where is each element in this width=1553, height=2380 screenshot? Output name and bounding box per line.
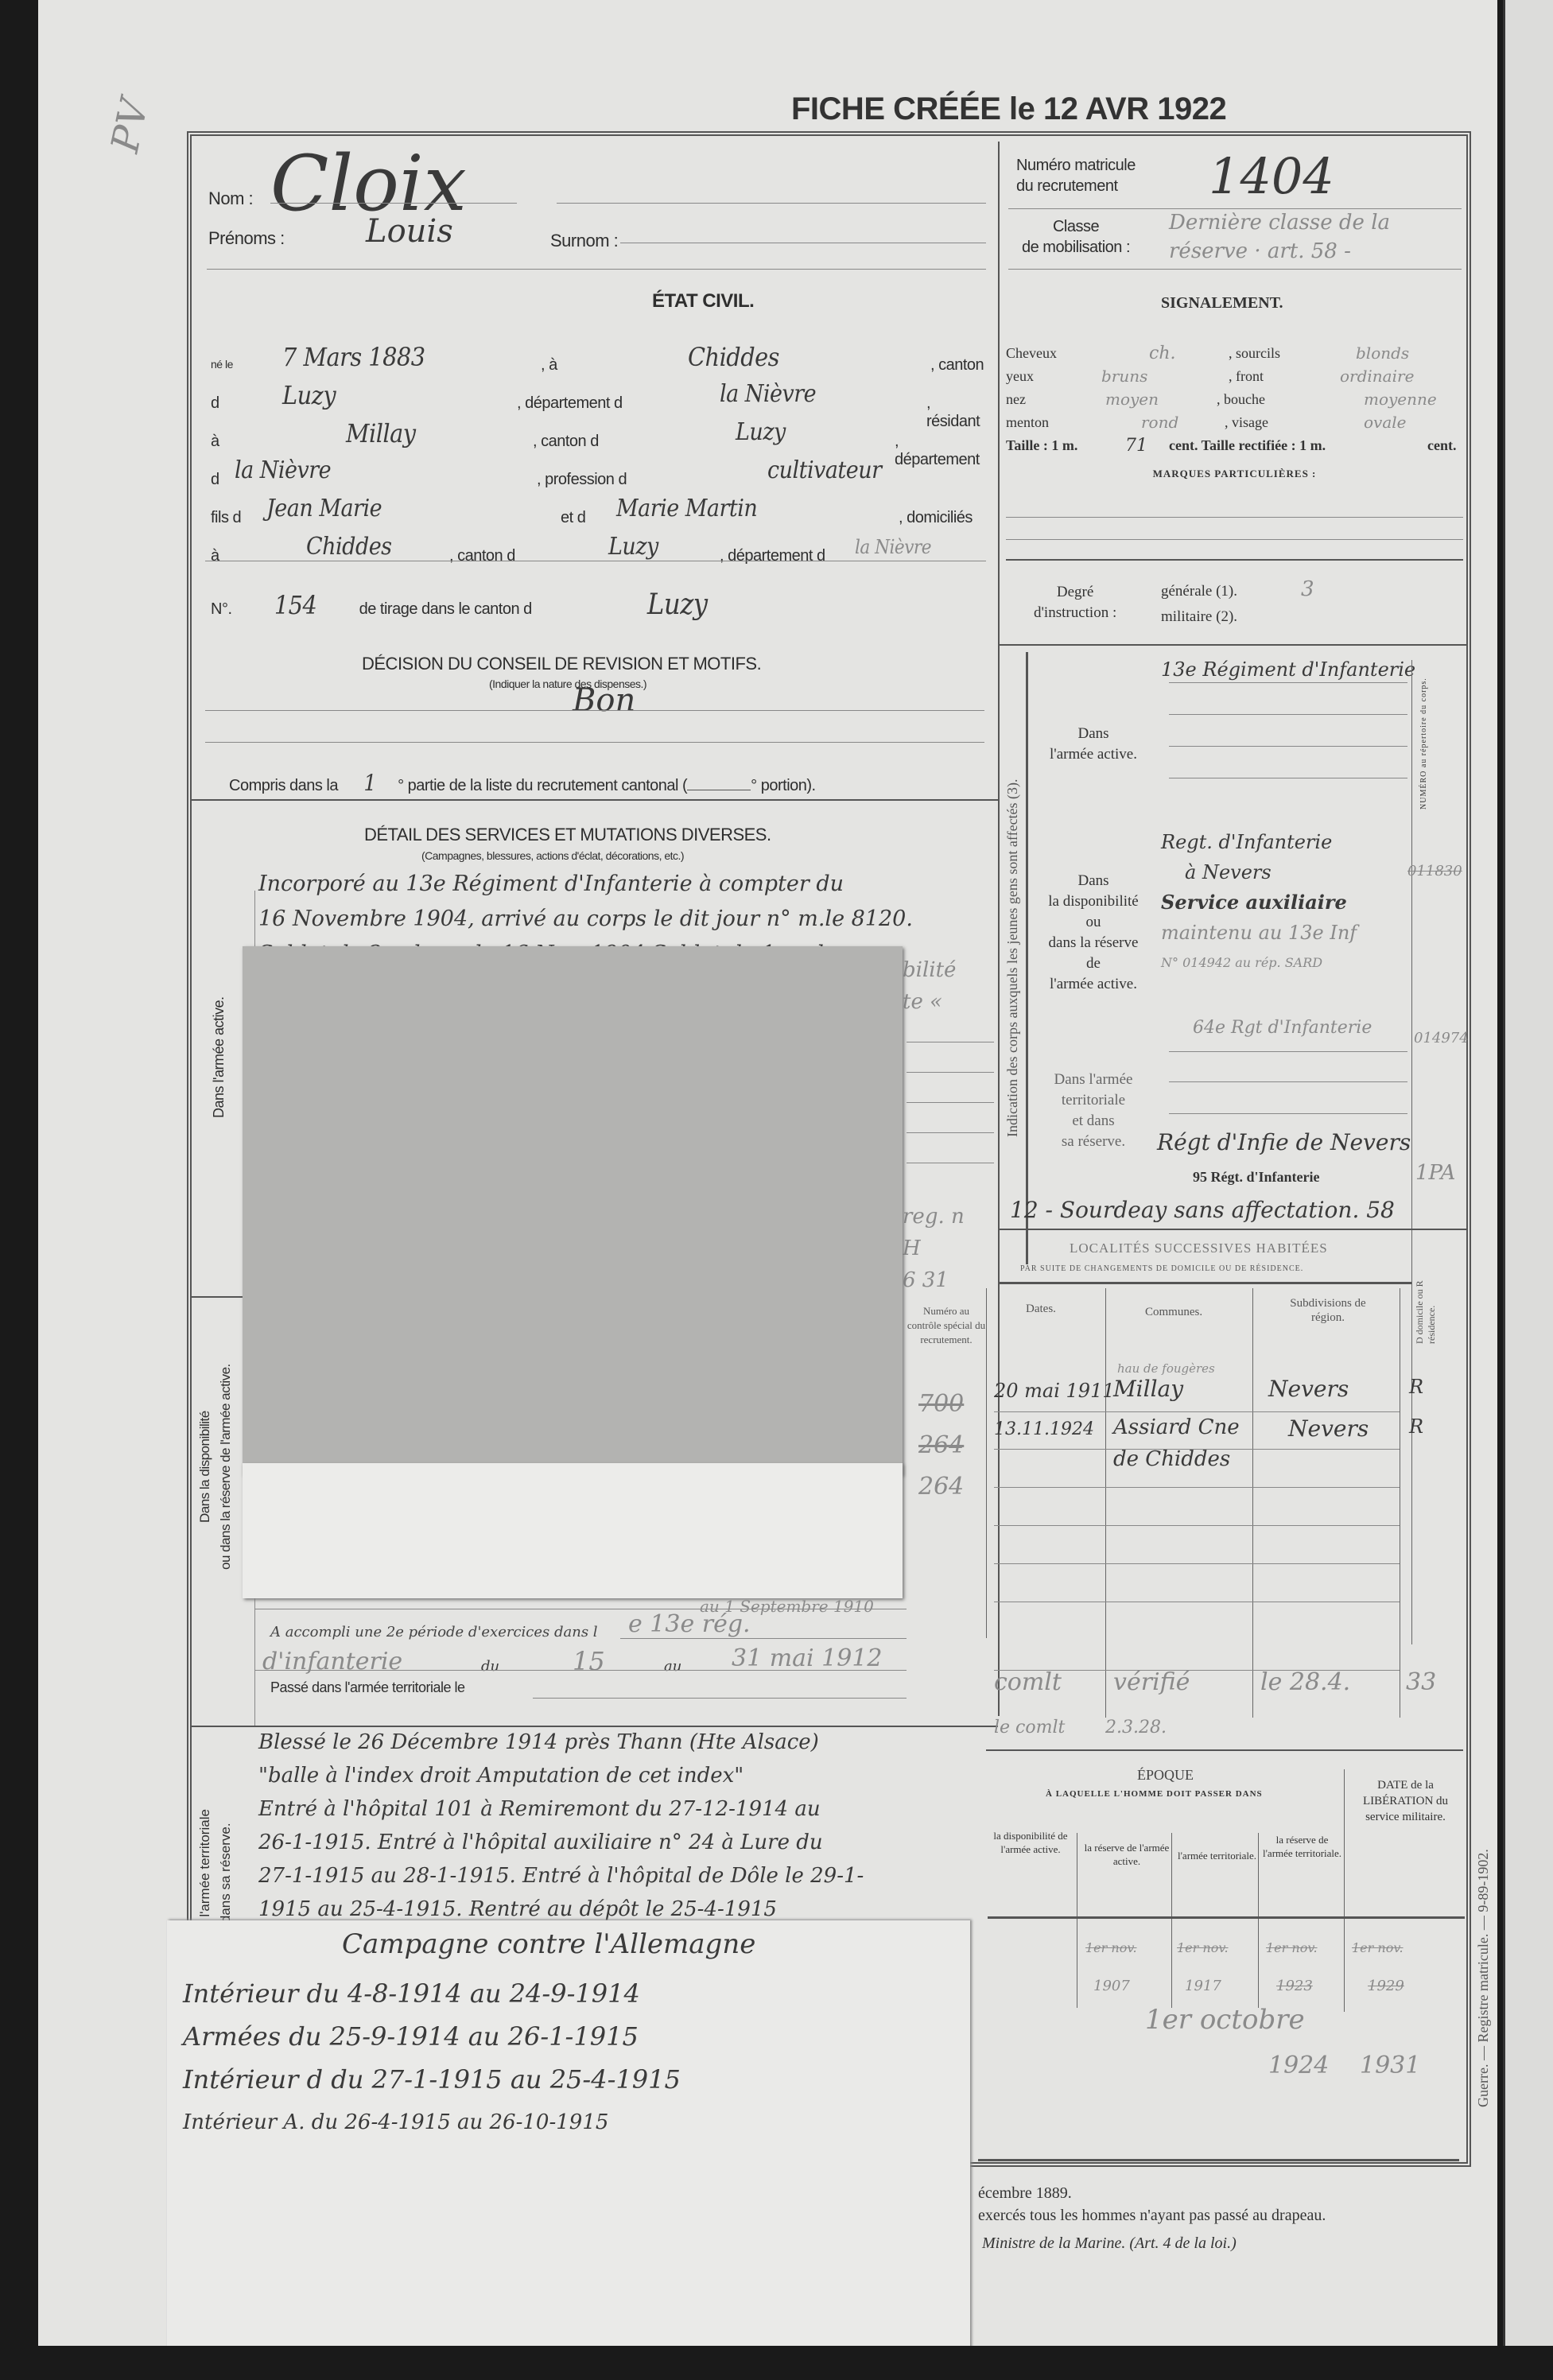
services-territoriale-lines: Blessé le 26 Décembre 1914 près Thann (H… — [258, 1726, 990, 1926]
services-title: DÉTAIL DES SERVICES ET MUTATIONS DIVERSE… — [364, 825, 771, 845]
tirage-canton: Luzy — [647, 588, 708, 621]
etat-civil-title: ÉTAT CIVIL. — [652, 290, 754, 313]
footnote-1: écembre 1889. — [978, 2184, 1072, 2203]
corps-terr-value-3: 95 Régt. d'Infanterie — [1193, 1169, 1319, 1186]
section-label-active: Dans l'armée active. — [211, 938, 227, 1177]
corps-disp-numero: 011830 — [1407, 863, 1462, 879]
row1-subdivision: Nevers — [1268, 1376, 1349, 1402]
footnote-2: exercés tous les hommes n'ayant pas pass… — [978, 2207, 1326, 2225]
row2-commune: Assiard Cne de Chiddes — [1113, 1411, 1260, 1475]
epoque-subtitle: À LAQUELLE L'HOMME DOIT PASSER DANS — [1046, 1789, 1263, 1799]
verif2-date: 2.3.28. — [1105, 1718, 1167, 1737]
numero-controle-values: 700 264 264 — [918, 1384, 964, 1508]
corps-active-label: Dansl'armée active. — [1038, 724, 1149, 765]
sans-affectation: 12 - Sourdeay sans affectation. 58 — [1010, 1197, 1395, 1223]
localites-title: LOCALITÉS SUCCESSIVES HABITÉES — [1070, 1240, 1328, 1256]
compris-line: Compris dans la 1° partie de la liste du… — [229, 770, 816, 796]
epoque-col-2: la réserve de l'armée active. — [1080, 1841, 1174, 1868]
header-dates: Dates. — [1026, 1303, 1056, 1316]
row2-subdivision: Nevers — [1288, 1415, 1369, 1442]
matricule-value: 1404 — [1209, 147, 1334, 205]
corps-disp-values: Regt. d'Infanterie à Nevers Service auxi… — [1161, 827, 1357, 978]
conseil-decision: Bon — [573, 682, 635, 719]
row1-commune: Millay — [1113, 1376, 1183, 1402]
row2-date: 13.11.1924 — [994, 1419, 1094, 1439]
surnom-label: Surnom : — [550, 231, 618, 251]
epoque-year-reserve-terr: 1924 — [1268, 2052, 1329, 2079]
header-dr: D domicile ou R résidence. — [1414, 1248, 1438, 1344]
numero-repertoire-label: NUMÉRO au répertoire du corps. — [1419, 664, 1428, 823]
exercice-regiment: e 13e rég. — [628, 1610, 751, 1638]
header-communes: Communes. — [1145, 1306, 1202, 1319]
footnote-3: Ministre de la Marine. (Art. 4 de la loi… — [982, 2234, 1237, 2253]
services-subtitle: (Campagnes, blessures, actions d'éclat, … — [421, 849, 684, 862]
pasted-sheet-grey — [243, 946, 903, 1475]
exercice-label: A accompli une 2e période d'exercices da… — [270, 1624, 598, 1640]
territoriale-label: Passé dans l'armée territoriale le — [270, 1679, 465, 1696]
corps-terr-fragment: 1PA — [1415, 1161, 1455, 1185]
classe-label: Classede mobilisation : — [1022, 216, 1130, 258]
etat-civil-block: né le 7 Mars 1883 , à Chiddes , canton d… — [211, 342, 986, 571]
exercice-regiment2: d'infanterie — [262, 1648, 402, 1675]
signalement-block: Cheveuxch., sourcilsblonds yeuxbruns, fr… — [1006, 342, 1463, 485]
corps-terr-numero: 014974 — [1414, 1030, 1469, 1046]
prenoms-label: Prénoms : — [208, 228, 285, 249]
verif-comlt: comlt — [994, 1668, 1062, 1696]
column-divider — [998, 142, 1000, 1716]
corps-terr-value-2: Régt d'Infie de Nevers — [1157, 1129, 1411, 1155]
corps-terr-label: Dans l'arméeterritorialeet danssa réserv… — [1034, 1070, 1153, 1152]
verif-number: 33 — [1406, 1668, 1436, 1696]
exercice-du: 15 — [573, 1646, 605, 1676]
epoque-title: ÉPOQUE — [1137, 1767, 1194, 1784]
corps-disp-label: Dansla disponibilitéoudans la réservedel… — [1034, 871, 1153, 995]
corps-active-value: 13e Régiment d'Infanterie — [1161, 658, 1415, 681]
prenoms-value: Louis — [366, 213, 453, 250]
instruction-generale: 3 — [1301, 577, 1314, 601]
liberation-header: DATE de la LIBÉRATION du service militai… — [1352, 1777, 1459, 1825]
signalement-title: SIGNALEMENT. — [1161, 294, 1283, 313]
numero-controle-label: Numéro au contrôle spécial du recrutemen… — [907, 1304, 986, 1347]
campaign-title: Campagne contre l'Allemagne — [342, 1928, 755, 1960]
row1-dr: R — [1409, 1376, 1423, 1398]
header-subdivisions: Subdivisions de région. — [1272, 1296, 1384, 1325]
campaign-lines: Intérieur du 4-8-1914 au 24-9-1914 Armée… — [183, 1972, 681, 2144]
localites-subtitle: PAR SUITE DE CHANGEMENTS DE DOMICILE OU … — [1020, 1264, 1303, 1273]
epoque-new-date: 1er octobre — [1145, 2004, 1305, 2036]
verif-verifie: vérifié — [1113, 1668, 1190, 1696]
services-fragments: bilité te « reg. n H 6 31 — [903, 954, 965, 1296]
pasted-sheet-light — [243, 1463, 903, 1598]
instruction-values: générale (1).3 militaire (2). — [1161, 577, 1314, 630]
section-label-disponibilite: Dans la disponibilitéou dans la réserve … — [195, 1320, 236, 1614]
birth-place: Chiddes — [688, 342, 779, 372]
liberation-year: 1931 — [1360, 2052, 1420, 2079]
creation-stamp: FICHE CRÉÉE le 12 AVR 1922 — [791, 91, 1226, 127]
facing-page-edge — [1503, 0, 1553, 2380]
row1-date: 20 mai 1911 — [994, 1380, 1115, 1402]
tirage-line: N°. 154 de tirage dans le canton d Luzy — [211, 588, 708, 621]
classe-value: Dernière classe de laréserve · art. 58 - — [1169, 208, 1390, 266]
nom-label: Nom : — [208, 188, 253, 209]
verif-date: le 28.4. — [1260, 1668, 1350, 1696]
registre-imprint: Guerre. — Registre matricule. — 9-89-190… — [1475, 1710, 1492, 2107]
corps-terr-value-1: 64e Rgt d'Infanterie — [1193, 1018, 1372, 1038]
conseil-title: DÉCISION DU CONSEIL DE REVISION ET MOTIF… — [362, 654, 761, 674]
exercice-au: 31 mai 1912 — [732, 1644, 883, 1672]
matricule-label: Numéro matriculedu recrutement — [1016, 155, 1136, 196]
birth-date: 7 Mars 1883 — [282, 342, 425, 372]
instruction-label: Degréd'instruction : — [1034, 582, 1116, 623]
scan-border — [0, 2346, 1553, 2380]
epoque-col-4: la réserve de l'armée territoriale. — [1260, 1833, 1344, 1860]
epoque-col-3: l'armée territoriale. — [1175, 1849, 1259, 1862]
verif2-comlt: le comlt — [994, 1718, 1065, 1737]
tirage-number: 154 — [236, 590, 355, 620]
row2-dr: R — [1409, 1415, 1423, 1438]
corps-vertical-label: Indication des corps auxquels les jeunes… — [1004, 668, 1021, 1248]
epoque-col-1: la disponibilité de l'armée active. — [988, 1829, 1074, 1856]
